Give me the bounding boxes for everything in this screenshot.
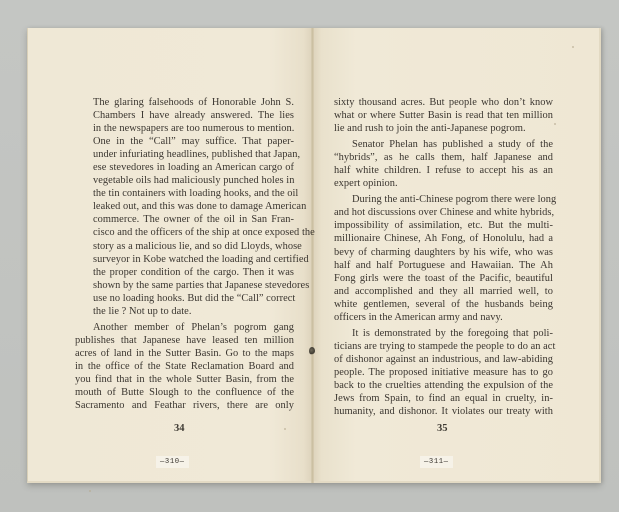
text-line: half white children. I refuse to accept … <box>334 164 553 177</box>
right-page-body: sixty thousand acres. But people who don… <box>334 96 553 418</box>
paragraph: Another member of Phelan’s pogrom gang p… <box>75 321 294 412</box>
text-line: the lie ? Not up to date. <box>75 305 294 318</box>
text-line: use no loading hooks. But did the “Call”… <box>75 292 294 305</box>
text-line: and hot discussions over Chinese and whi… <box>334 206 553 219</box>
archive-page-stamp-right: —311— <box>420 456 453 468</box>
text-line: Another member of Phelan’s pogrom gang <box>75 321 294 334</box>
text-line: commerce. The owner of the oil in San Fr… <box>75 213 294 226</box>
text-line: Chambers I have already answered. The li… <box>75 109 294 122</box>
text-line: of dishonor against an industrious, and … <box>334 353 553 366</box>
text-line: officers in the American army and navy. <box>334 311 553 324</box>
text-line: Sacramento and Feathar rivers, there are… <box>75 399 294 412</box>
text-line: expert opinion. <box>334 177 553 190</box>
text-line: ese stevedores in loading an American ca… <box>75 161 294 174</box>
text-line: ticians are trying to stampede the peopl… <box>334 340 553 353</box>
paragraph: The glaring falsehoods of Honorable John… <box>75 96 294 318</box>
paper-speck <box>572 46 574 48</box>
open-booklet: The glaring falsehoods of Honorable John… <box>27 28 601 483</box>
text-line: bevy of charming daughters by his wife, … <box>334 246 553 259</box>
text-line: sixty thousand acres. But people who don… <box>334 96 553 109</box>
text-line: lie and rush to join the anti-Japanese p… <box>334 122 553 135</box>
text-line: shown by the same parties that Japanese … <box>75 279 294 292</box>
page-number-right: 35 <box>437 423 448 434</box>
text-line: mouth of Butte Slough to the confluence … <box>75 386 294 399</box>
text-line: you find that in the whole Sutter Basin,… <box>75 373 294 386</box>
text-line: the tin containers with loading hooks, a… <box>75 187 294 200</box>
text-line: vegetable oils had maliciously punched h… <box>75 174 294 187</box>
text-line: impossibility of assimilation, etc. But … <box>334 219 553 232</box>
text-line: The glaring falsehoods of Honorable John… <box>75 96 294 109</box>
paragraph: During the anti-Chinese pogrom there wer… <box>334 193 553 323</box>
text-line: what or where Sutter Basin is read that … <box>334 109 553 122</box>
text-line: One in the “Call” may suffice. That pape… <box>75 135 294 148</box>
text-line: back to the cruelties attending the expu… <box>334 379 553 392</box>
text-line: half and half Portuguese and Hawaiian. T… <box>334 259 553 272</box>
left-page-body: The glaring falsehoods of Honorable John… <box>75 96 294 412</box>
text-line: publishes that Japanese have leased ten … <box>75 334 294 347</box>
scan-background: The glaring falsehoods of Honorable John… <box>0 0 619 512</box>
text-line: It is demonstrated by the foregoing that… <box>334 327 553 340</box>
text-line: surveyor in Kobe watched the loading and… <box>75 253 294 266</box>
text-line: the proper condition of the cargo. Then … <box>75 266 294 279</box>
text-line: story as a malicious lie, and so did Llo… <box>75 240 294 253</box>
book-spine <box>311 28 314 483</box>
text-line: During the anti-Chinese pogrom there wer… <box>334 193 553 206</box>
text-line: Jews from Spain, to find an equal in cru… <box>334 392 553 405</box>
text-line: acres of land in the Sutter Basin. Go to… <box>75 347 294 360</box>
paper-speck <box>284 428 286 430</box>
text-line: in the newspapers are too numerous to me… <box>75 122 294 135</box>
paragraph: It is demonstrated by the foregoing that… <box>334 327 553 418</box>
paper-speck <box>89 490 91 492</box>
paragraph: sixty thousand acres. But people who don… <box>334 96 553 135</box>
text-line: humanity, and dishonor. It violates our … <box>334 405 553 418</box>
text-line: leaked out, and this was done to damage … <box>75 200 294 213</box>
staple-pin-icon <box>309 347 315 355</box>
text-line: in the office of the State Reclamation B… <box>75 360 294 373</box>
text-line: millionaire Chinese, Ah Fong, of Honolul… <box>334 232 553 245</box>
text-line: people. The proposed initiative measure … <box>334 366 553 379</box>
paper-speck <box>554 123 556 125</box>
page-number-left: 34 <box>174 423 185 434</box>
text-line: and accomplished and they all married we… <box>334 285 553 298</box>
text-line: “hybrids”, as he calls them, half Japane… <box>334 151 553 164</box>
text-line: Senator Phelan has published a study of … <box>334 138 553 151</box>
text-line: cisco and the officers of the ship at on… <box>75 226 294 239</box>
text-line: under infuriating headlines, published t… <box>75 148 294 161</box>
paragraph: Senator Phelan has published a study of … <box>334 138 553 190</box>
archive-page-stamp-left: —310— <box>156 456 189 468</box>
text-line: Fong girls were the toast of the Pacific… <box>334 272 553 285</box>
text-line: white gentlemen, several of the husbands… <box>334 298 553 311</box>
